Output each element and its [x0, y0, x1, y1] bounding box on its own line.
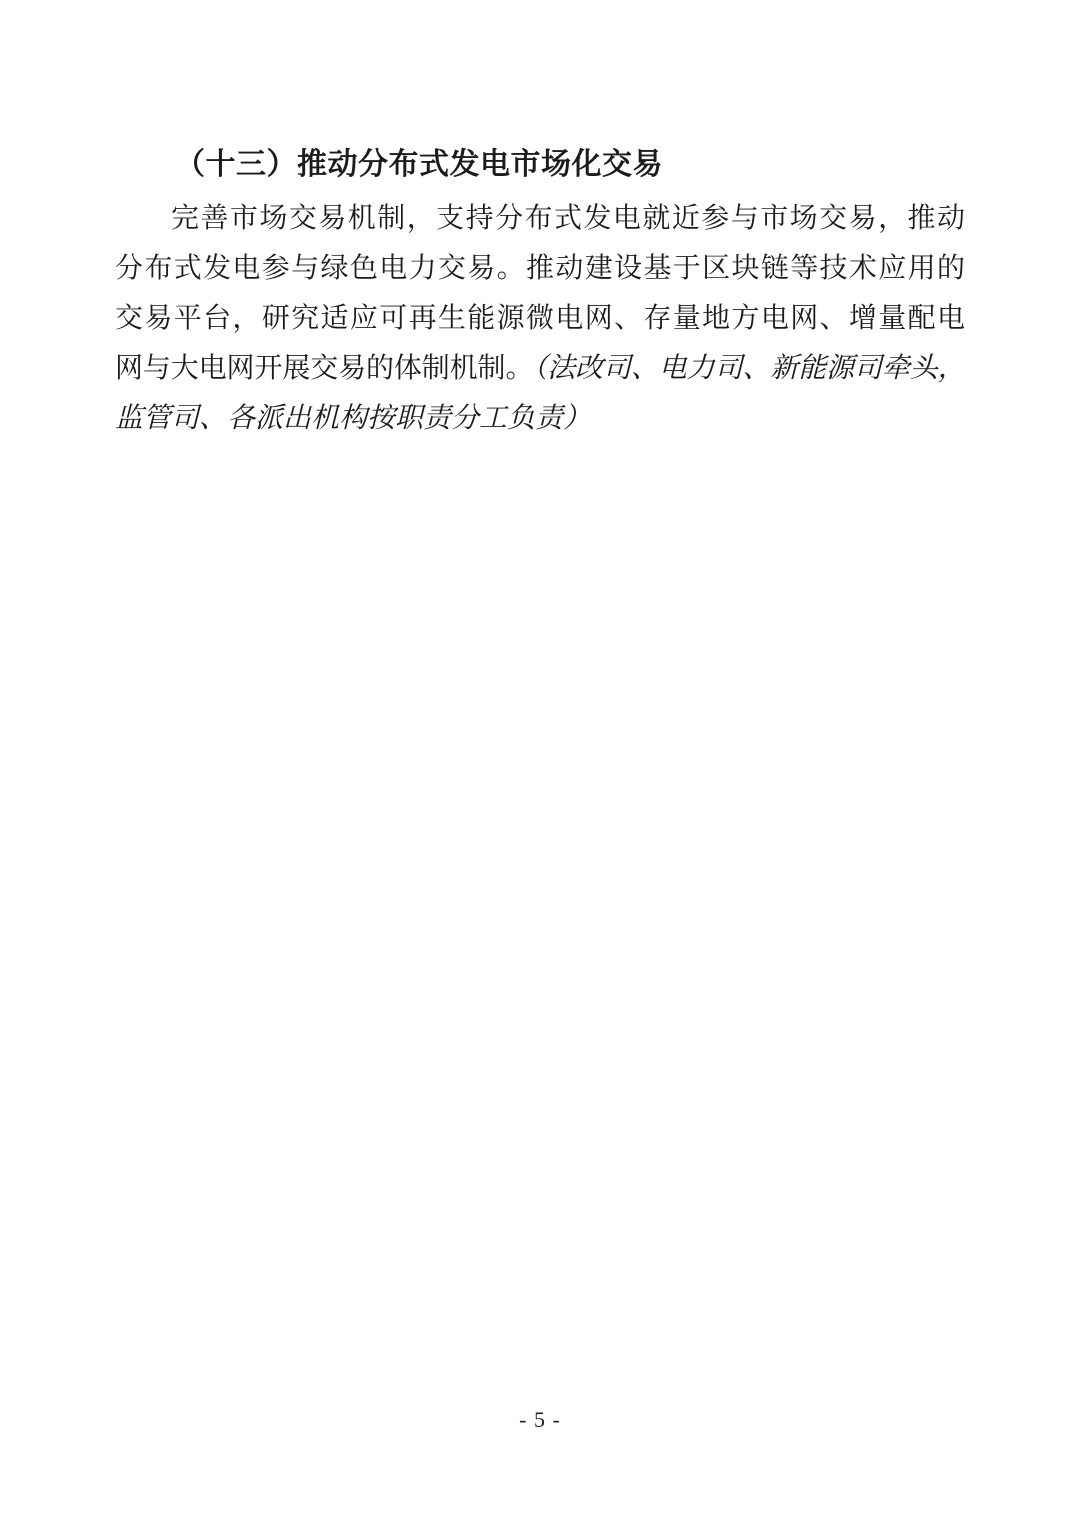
- responsibility-note-continued: 监管司、各派出机构按职责分工负责）: [115, 403, 591, 434]
- body-paragraph: 完善市场交易机制，支持分布式发电就近参与市场交易，推动 分布式发电参与绿色电力交…: [115, 194, 965, 444]
- paragraph-line-1: 完善市场交易机制，支持分布式发电就近参与市场交易，推动: [115, 194, 965, 244]
- paragraph-line-3: 交易平台，研究适应可再生能源微电网、存量地方电网、增量配电: [115, 294, 965, 344]
- section-heading: （十三）推动分布式发电市场化交易: [115, 140, 965, 190]
- paragraph-text: 网与大电网开展交易的体制机制。: [115, 353, 533, 384]
- paragraph-line-4: 网与大电网开展交易的体制机制。（法改司、电力司、新能源司牵头，: [115, 344, 965, 394]
- paragraph-line-2: 分布式发电参与绿色电力交易。推动建设基于区块链等技术应用的: [115, 244, 965, 294]
- page-number: - 5 -: [0, 1406, 1080, 1434]
- responsibility-note: （法改司、电力司、新能源司牵头，: [533, 353, 965, 384]
- document-content: （十三）推动分布式发电市场化交易 完善市场交易机制，支持分布式发电就近参与市场交…: [0, 0, 1080, 444]
- paragraph-line-5: 监管司、各派出机构按职责分工负责）: [115, 394, 965, 444]
- document-page: （十三）推动分布式发电市场化交易 完善市场交易机制，支持分布式发电就近参与市场交…: [0, 0, 1080, 1527]
